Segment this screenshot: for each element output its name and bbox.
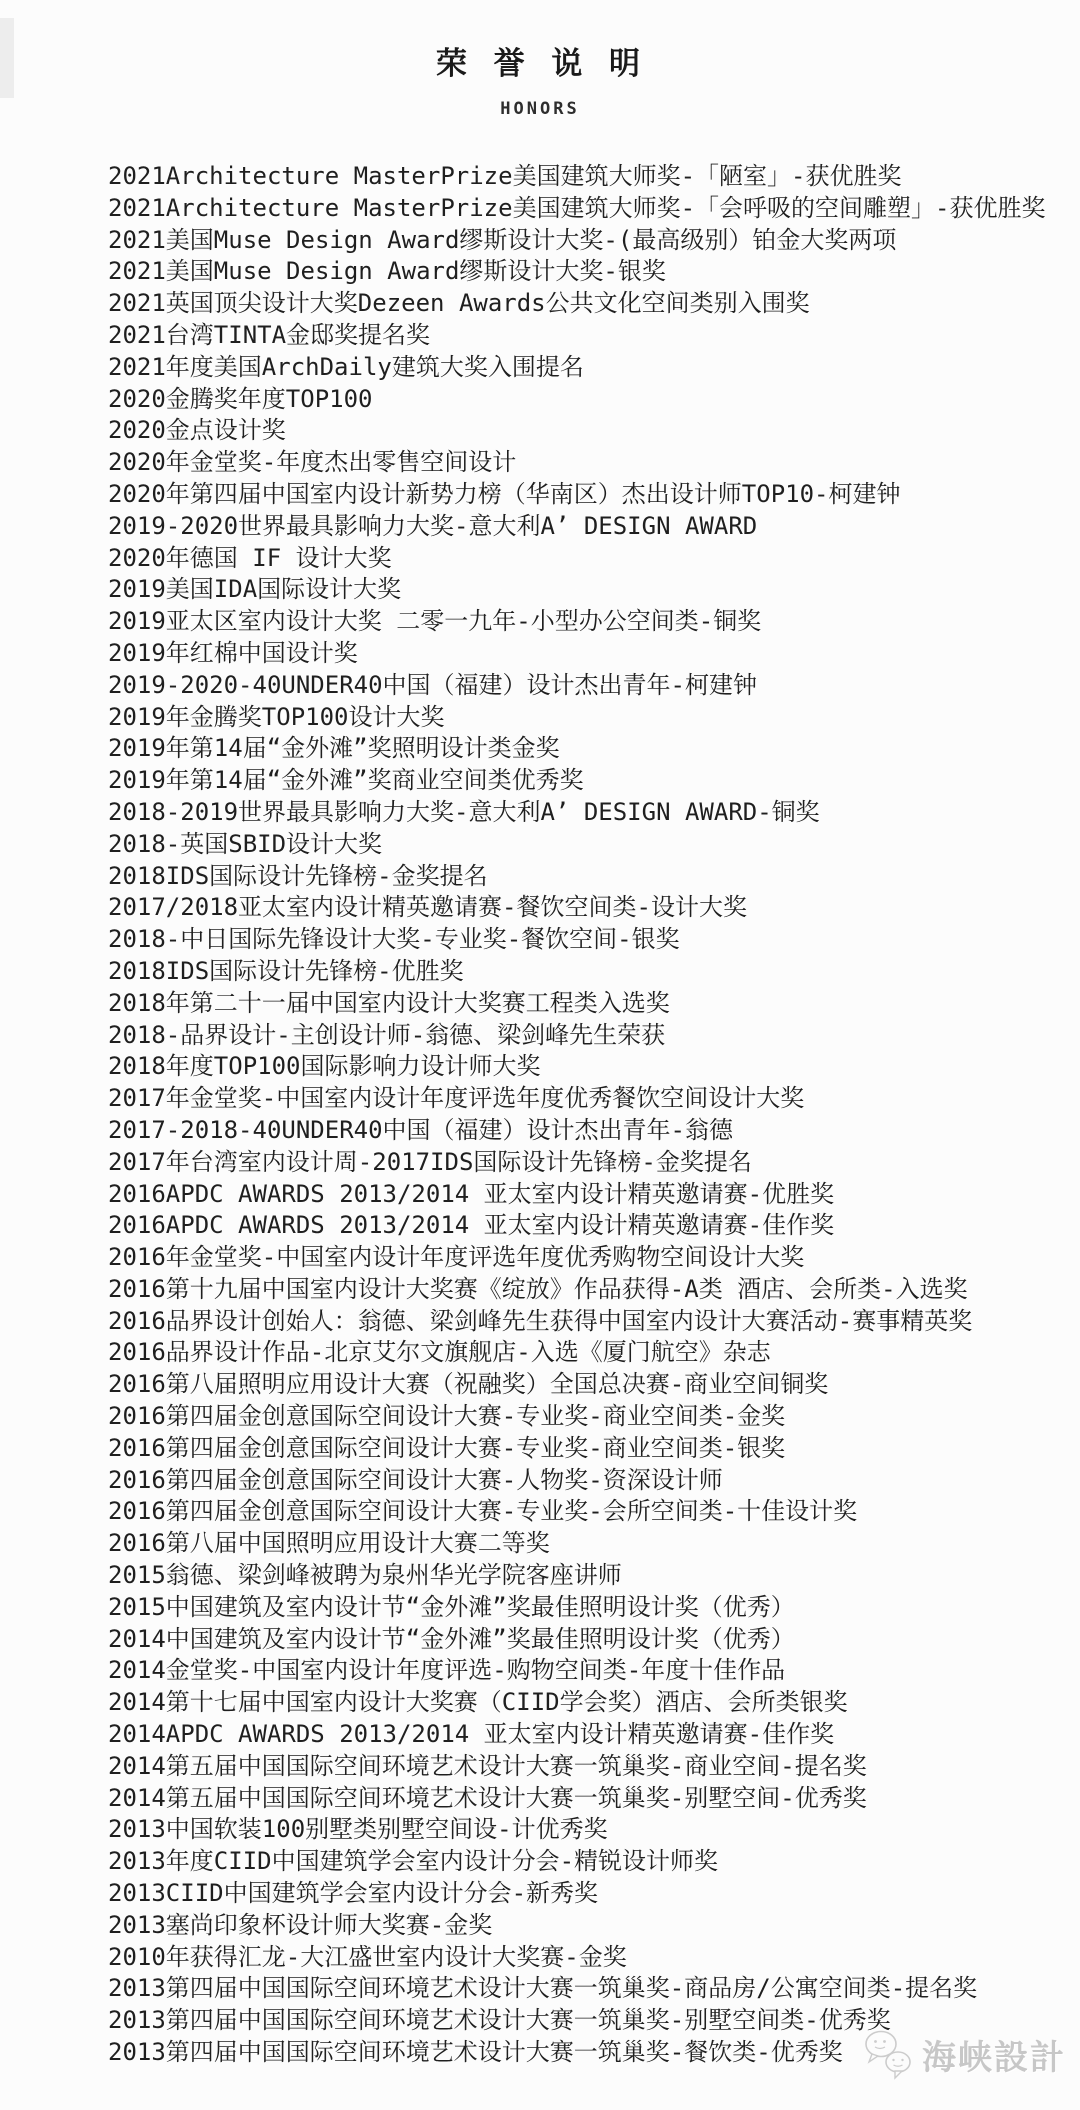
honor-line: 2018IDS国际设计先锋榜-优胜奖 (108, 956, 1060, 988)
honor-line: 2016第四届金创意国际空间设计大赛-人物奖-资深设计师 (108, 1465, 1060, 1497)
honor-line: 2014第十七届中国室内设计大奖赛（CIID学会奖）酒店、会所类银奖 (108, 1687, 1060, 1719)
honor-line: 2019年金腾奖TOP100设计大奖 (108, 702, 1060, 734)
honor-line: 2018IDS国际设计先锋榜-金奖提名 (108, 861, 1060, 893)
honor-line: 2018-中日国际先锋设计大奖-专业奖-餐饮空间-银奖 (108, 924, 1060, 956)
honor-line: 2014第五届中国国际空间环境艺术设计大赛一筑巢奖-商业空间-提名奖 (108, 1751, 1060, 1783)
honor-line: 2021台湾TINTA金邸奖提名奖 (108, 320, 1060, 352)
honor-line: 2020年第四届中国室内设计新势力榜（华南区）杰出设计师TOP10-柯建钟 (108, 479, 1060, 511)
honor-line: 2013第四届中国国际空间环境艺术设计大赛一筑巢奖-商品房/公寓空间类-提名奖 (108, 1973, 1060, 2005)
honor-line: 2020金腾奖年度TOP100 (108, 384, 1060, 416)
honor-line: 2018年第二十一届中国室内设计大奖赛工程类入选奖 (108, 988, 1060, 1020)
honor-line: 2014中国建筑及室内设计节“金外滩”奖最佳照明设计奖（优秀） (108, 1624, 1060, 1656)
scan-artifact (0, 18, 14, 98)
honor-line: 2021美国Muse Design Award缪斯设计大奖-(最高级别）铂金大奖… (108, 225, 1060, 257)
honor-line: 2019美国IDA国际设计大奖 (108, 574, 1060, 606)
document-page: 荣 誉 说 明 HONORS 2021Architecture MasterPr… (0, 0, 1080, 2110)
honor-line: 2019亚太区室内设计大奖 二零一九年-小型办公空间类-铜奖 (108, 606, 1060, 638)
honor-line: 2015中国建筑及室内设计节“金外滩”奖最佳照明设计奖（优秀） (108, 1592, 1060, 1624)
honor-line: 2017年金堂奖-中国室内设计年度评选年度优秀餐饮空间设计大奖 (108, 1083, 1060, 1115)
honor-line: 2021英国顶尖设计大奖Dezeen Awards公共文化空间类别入围奖 (108, 288, 1060, 320)
honor-line: 2019-2020世界最具影响力大奖-意大利A’ DESIGN AWARD (108, 511, 1060, 543)
honor-line: 2016第八届照明应用设计大赛（祝融奖）全国总决赛-商业空间铜奖 (108, 1369, 1060, 1401)
watermark-label: 海峡設計 (922, 2030, 1066, 2079)
honor-line: 2013塞尚印象杯设计师大奖赛-金奖 (108, 1910, 1060, 1942)
honor-line: 2014APDC AWARDS 2013/2014 亚太室内设计精英邀请赛-佳作… (108, 1719, 1060, 1751)
honor-line: 2018-2019世界最具影响力大奖-意大利A’ DESIGN AWARD-铜奖 (108, 797, 1060, 829)
honor-line: 2021Architecture MasterPrize美国建筑大师奖-「陋室」… (108, 161, 1060, 193)
honor-line: 2010年获得汇龙-大江盛世室内设计大奖赛-金奖 (108, 1942, 1060, 1974)
honor-line: 2018-品界设计-主创设计师-翁德、梁剑峰先生荣获 (108, 1020, 1060, 1052)
honor-line: 2021Architecture MasterPrize美国建筑大师奖-「会呼吸… (108, 193, 1060, 225)
honor-line: 2021美国Muse Design Award缪斯设计大奖-银奖 (108, 256, 1060, 288)
honor-line: 2021年度美国ArchDaily建筑大奖入围提名 (108, 352, 1060, 384)
honor-line: 2016第四届金创意国际空间设计大赛-专业奖-会所空间类-十佳设计奖 (108, 1496, 1060, 1528)
honor-line: 2019-2020-40UNDER40中国（福建）设计杰出青年-柯建钟 (108, 670, 1060, 702)
honor-line: 2013CIID中国建筑学会室内设计分会-新秀奖 (108, 1878, 1060, 1910)
honor-line: 2016品界设计创始人：翁德、梁剑峰先生获得中国室内设计大赛活动-赛事精英奖 (108, 1306, 1060, 1338)
honor-line: 2016品界设计作品-北京艾尔文旗舰店-入选《厦门航空》杂志 (108, 1337, 1060, 1369)
honor-line: 2017年台湾室内设计周-2017IDS国际设计先锋榜-金奖提名 (108, 1147, 1060, 1179)
honor-line: 2016第八届中国照明应用设计大赛二等奖 (108, 1528, 1060, 1560)
honor-line: 2019年红棉中国设计奖 (108, 638, 1060, 670)
honor-line: 2019年第14届“金外滩”奖商业空间类优秀奖 (108, 765, 1060, 797)
honors-list: 2021Architecture MasterPrize美国建筑大师奖-「陋室」… (0, 161, 1080, 2069)
page-subtitle: HONORS (0, 99, 1080, 119)
honor-line: 2014第五届中国国际空间环境艺术设计大赛一筑巢奖-别墅空间-优秀奖 (108, 1783, 1060, 1815)
honor-line: 2020年德国 IF 设计大奖 (108, 543, 1060, 575)
honor-line: 2020年金堂奖-年度杰出零售空间设计 (108, 447, 1060, 479)
chat-bubbles-icon (862, 2026, 916, 2082)
watermark: 海峡設計 (862, 2026, 1066, 2082)
honor-line: 2017/2018亚太室内设计精英邀请赛-餐饮空间类-设计大奖 (108, 892, 1060, 924)
document-header: 荣 誉 说 明 HONORS (0, 0, 1080, 119)
page-title: 荣 誉 说 明 (0, 38, 1080, 83)
honor-line: 2016第四届金创意国际空间设计大赛-专业奖-商业空间类-银奖 (108, 1433, 1060, 1465)
honor-line: 2014金堂奖-中国室内设计年度评选-购物空间类-年度十佳作品 (108, 1655, 1060, 1687)
honor-line: 2020金点设计奖 (108, 415, 1060, 447)
honor-line: 2018年度TOP100国际影响力设计师大奖 (108, 1051, 1060, 1083)
honor-line: 2017-2018-40UNDER40中国（福建）设计杰出青年-翁德 (108, 1115, 1060, 1147)
honor-line: 2016第四届金创意国际空间设计大赛-专业奖-商业空间类-金奖 (108, 1401, 1060, 1433)
honor-line: 2016年金堂奖-中国室内设计年度评选年度优秀购物空间设计大奖 (108, 1242, 1060, 1274)
honor-line: 2016第十九届中国室内设计大奖赛《绽放》作品获得-A类 酒店、会所类-入选奖 (108, 1274, 1060, 1306)
honor-line: 2016APDC AWARDS 2013/2014 亚太室内设计精英邀请赛-佳作… (108, 1210, 1060, 1242)
honor-line: 2013中国软装100别墅类别墅空间设-计优秀奖 (108, 1814, 1060, 1846)
honor-line: 2016APDC AWARDS 2013/2014 亚太室内设计精英邀请赛-优胜… (108, 1179, 1060, 1211)
honor-line: 2015翁德、梁剑峰被聘为泉州华光学院客座讲师 (108, 1560, 1060, 1592)
honor-line: 2013年度CIID中国建筑学会室内设计分会-精锐设计师奖 (108, 1846, 1060, 1878)
honor-line: 2019年第14届“金外滩”奖照明设计类金奖 (108, 733, 1060, 765)
honor-line: 2018-英国SBID设计大奖 (108, 829, 1060, 861)
